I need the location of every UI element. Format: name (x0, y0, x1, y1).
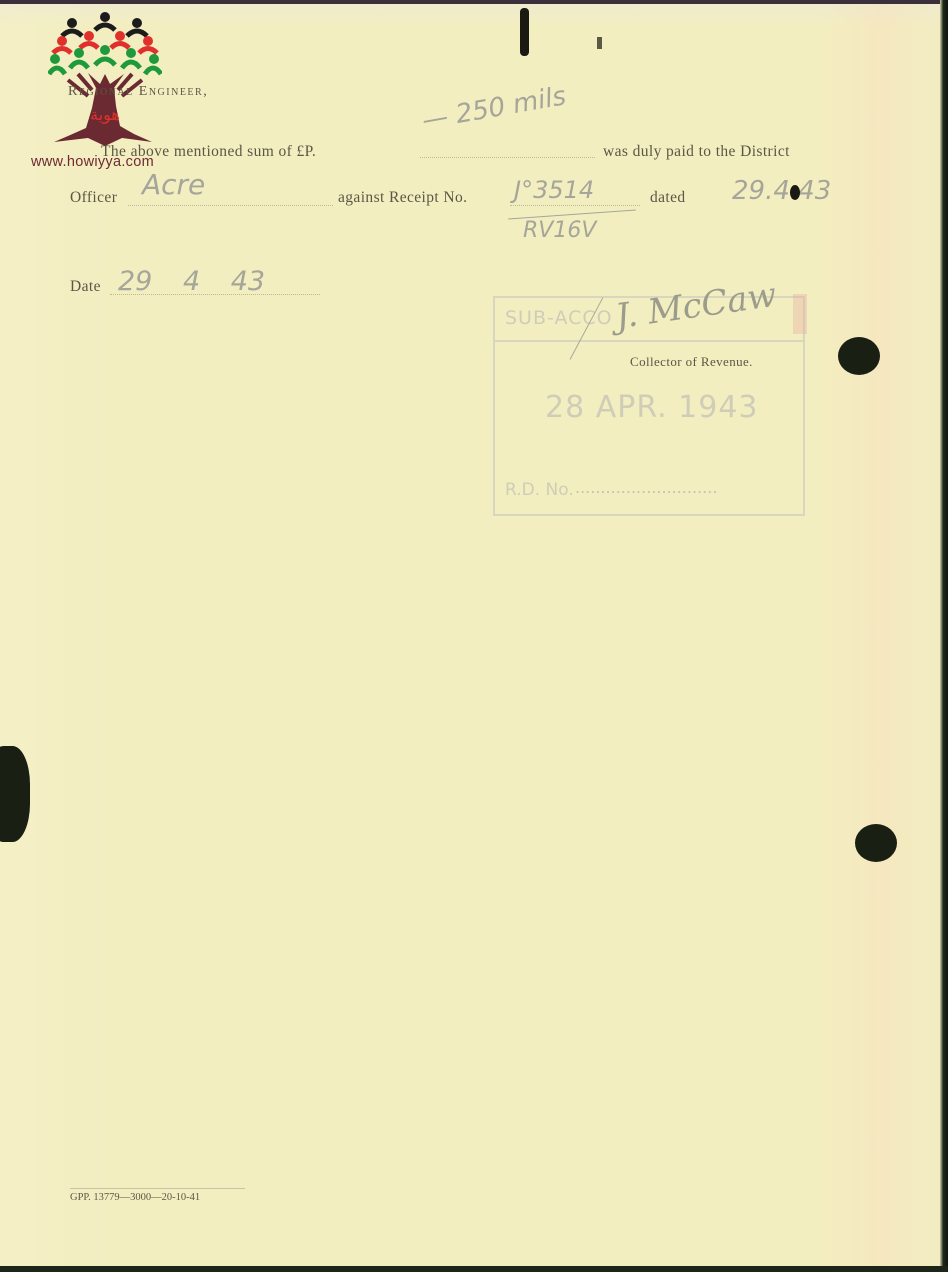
officer-label: Officer (70, 189, 117, 207)
ink-blot (790, 185, 800, 200)
ink-speck (597, 37, 602, 49)
officer-handwritten: Acre (142, 168, 205, 201)
footer-rule (70, 1188, 245, 1189)
amount-handwritten: — 250 mils (420, 81, 568, 136)
dated-label: dated (650, 189, 686, 207)
page-edge-bottom (0, 1266, 948, 1272)
receipt-handwritten: J°3514 (514, 176, 594, 204)
stamp-date: 28 APR. 1943 (545, 390, 759, 425)
ink-smudge (520, 8, 529, 56)
line1-suffix: was duly paid to the District (603, 143, 790, 161)
receipt-field-line (510, 205, 640, 206)
punch-hole (838, 337, 880, 375)
addressee: Regional Engineer, (68, 84, 208, 100)
svg-text:هوية: هوية (90, 105, 120, 125)
howiyya-logo: هوية (48, 8, 162, 148)
stamp-rd-label: R.D. No. (505, 480, 574, 500)
tree-people-icon: هوية (48, 8, 162, 148)
stamp-rd-dots: ............................ (575, 478, 717, 497)
line1-prefix: The above mentioned sum of £P. (101, 143, 316, 161)
stamp-pink-tint (793, 294, 807, 334)
punch-hole-left (0, 746, 30, 842)
punch-hole (855, 824, 897, 862)
page-edge-right (940, 0, 948, 1272)
receipt-sub-handwritten: RV16V (523, 218, 596, 243)
officer-field-line (128, 205, 333, 206)
collector-label: Collector of Revenue. (630, 354, 753, 370)
receipt-label: against Receipt No. (338, 189, 467, 207)
amount-field-line (420, 157, 595, 158)
date-label: Date (70, 278, 101, 296)
document-page: هوية www.howiyya.com Regional Engineer, … (0, 0, 940, 1270)
footer-print-code: GPP. 13779—3000—20-10-41 (70, 1192, 200, 1203)
dated-handwritten: 29.4.43 (732, 176, 831, 206)
date-handwritten: 29 4 43 (118, 266, 265, 297)
